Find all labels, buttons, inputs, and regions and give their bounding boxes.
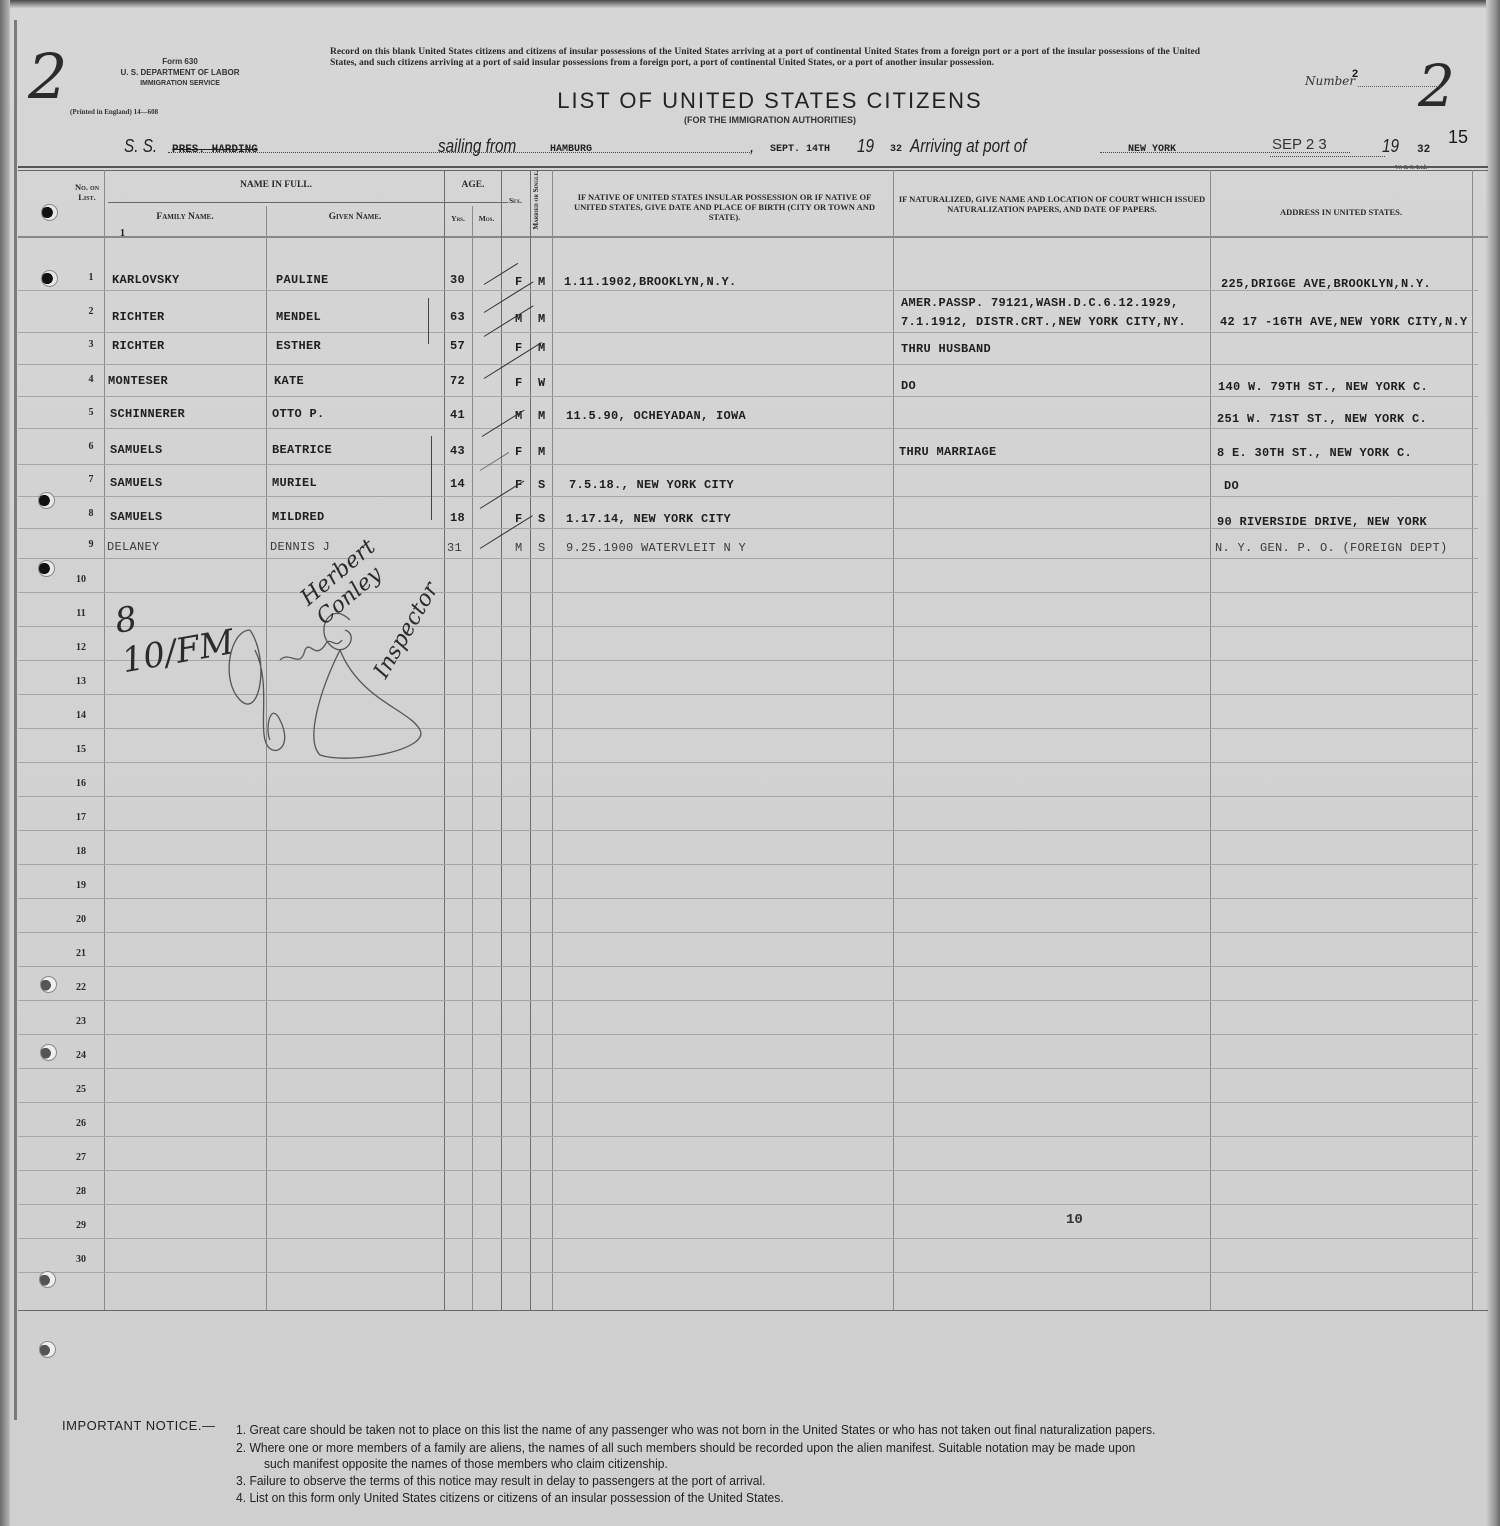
col-divider [1472,170,1473,1310]
inspector-signature: Herbert Conley Inspector [210,590,470,760]
list-number: 2 [1352,68,1358,80]
col-header-given-name: Given Name. [266,212,444,222]
check-mark [484,342,542,379]
row-number: 6 [76,441,106,452]
row-rule [18,1170,1478,1171]
scan-left-edge [0,0,10,1526]
col-header-yrs: Yrs. [444,214,472,224]
address: 8 E. 30TH ST., NEW YORK C. [1217,446,1412,460]
arrival-year: 32 [1417,144,1430,156]
header-rule-2 [18,170,1488,171]
scan-right-edge [1486,0,1500,1526]
row-number: 21 [66,948,96,959]
marital-status: M [538,409,546,423]
marital-status: M [538,445,546,459]
departure-date: SEPT. 14TH [770,144,830,155]
sex: F [515,445,523,459]
punch-hole [39,1271,56,1288]
address: 90 RIVERSIDE DRIVE, NEW YORK [1217,515,1427,529]
row-number: 16 [66,778,96,789]
row-rule [18,966,1478,967]
punch-hole [41,270,58,287]
arriving-label: Arriving at port of [910,136,1027,157]
row-number: 27 [66,1152,96,1163]
row-number: 29 [66,1220,96,1231]
service-name: IMMIGRATION SERVICE [70,78,290,89]
given-name: BEATRICE [272,443,332,457]
row-rule [18,1000,1478,1001]
family-name: SAMUELS [110,510,163,524]
col-divider [1210,170,1211,1310]
family-name: SCHINNERER [110,407,185,421]
family-name: SAMUELS [110,476,163,490]
address: 225,DRIGGE AVE,BROOKLYN,N.Y. [1221,277,1431,291]
given-name: MURIEL [272,476,317,490]
row-rule [18,332,1478,333]
naturalization-info: DO [901,379,916,393]
row-number: 23 [66,1016,96,1027]
row-rule [18,796,1478,797]
row-number: 28 [66,1186,96,1197]
row-number: 7 [76,474,106,485]
marital-status: W [538,376,546,390]
marital-status: M [538,275,546,289]
punch-hole [40,1044,57,1061]
header-rule [18,166,1488,168]
given-name: MILDRED [272,510,325,524]
comma-separator: , [750,136,754,157]
given-name: MENDEL [276,310,321,324]
family-name: SAMUELS [110,443,163,457]
col-header-married-or-single: Married or Single. [532,170,552,230]
row-number: 26 [66,1118,96,1129]
department-name: U. S. DEPARTMENT OF LABOR [70,67,290,78]
check-mark [482,410,525,437]
row-number: 11 [66,608,96,619]
arrival-year-prefix: 19 [1382,136,1399,157]
naturalization-info: AMER.PASSP. 79121,WASH.D.C.6.12.1929, [901,296,1179,310]
given-name: KATE [274,374,304,388]
birth-info: 1.11.1902,BROOKLYN,N.Y. [564,275,737,289]
col-header-no-on-list: No. on List. [70,182,104,202]
col-divider [893,170,894,1310]
family-name: RICHTER [112,339,165,353]
notice-item-3: 3. Failure to observe the terms of this … [236,1473,766,1488]
address: DO [1224,479,1239,493]
form-instructions: Record on this blank United States citiz… [330,47,1200,69]
naturalization-info-2: 7.1.1912, DISTR.CRT.,NEW YORK CITY,NY. [901,315,1186,329]
row-rule [18,830,1478,831]
given-name: ESTHER [276,339,321,353]
marital-status: M [538,312,546,326]
age-years: 72 [450,374,465,388]
row-rule [18,364,1478,365]
age-group-rule [444,202,506,203]
given-name: PAULINE [276,273,329,287]
naturalization-info: THRU MARRIAGE [899,445,997,459]
punch-hole [39,1341,56,1358]
row-number: 15 [66,744,96,755]
row-number: 12 [66,642,96,653]
page-number: 15 [1448,127,1468,148]
ship-name: PRES. HARDING [172,144,258,156]
address: N. Y. GEN. P. O. (FOREIGN DEPT) [1215,541,1448,555]
row-number: 20 [66,914,96,925]
check-mark [480,515,533,549]
birth-info: 11.5.90, OCHEYADAN, IOWA [566,409,746,423]
row-number: 17 [66,812,96,823]
col-header-family-name: Family Name. [104,212,266,222]
row-rule [18,464,1478,465]
row-number: 5 [76,407,106,418]
arrival-date-line [1270,142,1385,157]
col-header-mos: Mos. [472,214,501,224]
check-mark [480,452,509,471]
row-number: 8 [76,508,106,519]
year-prefix: 19 [857,136,874,157]
row-number: 14 [66,710,96,721]
row-rule [18,1034,1478,1035]
punch-hole [38,492,55,509]
notice-item-1: 1. Great care should be taken not to pla… [236,1422,1155,1437]
col-divider [530,170,531,1310]
age-years: 14 [450,477,465,491]
row-number: 19 [66,880,96,891]
check-mark [480,481,525,509]
notice-heading: IMPORTANT NOTICE.— [62,1418,215,1433]
row-rule [18,898,1478,899]
notice-item-2-cont: such manifest opposite the names of thos… [264,1456,668,1471]
given-name: DENNIS J [270,540,330,554]
age-years: 30 [450,273,465,287]
column-header-bottom-rule [18,236,1488,238]
form-identification: Form 630 U. S. DEPARTMENT OF LABOR IMMIG… [70,56,290,89]
row-number: 25 [66,1084,96,1095]
departure-year: 32 [890,144,902,155]
sex: F [515,376,523,390]
row-rule [18,1238,1478,1239]
departure-port: HAMBURG [550,144,592,155]
notice-item-4: 4. List on this form only United States … [236,1490,784,1505]
row-number: 22 [66,982,96,993]
col-header-age: AGE. [444,180,502,190]
col-divider [472,206,473,1310]
row-rule [18,932,1478,933]
family-name: MONTESER [108,374,168,388]
address: 42 17 -16TH AVE,NEW YORK CITY,N.Y [1220,315,1468,329]
number-label: Number [1305,74,1355,88]
row-number: 9 [76,539,106,550]
row-number: 30 [66,1254,96,1265]
row-number: 13 [66,676,96,687]
row-number: 2 [76,306,106,317]
row-rule [18,864,1478,865]
given-name: OTTO P. [272,407,325,421]
row-rule [18,1272,1478,1273]
sex: M [515,541,523,555]
col-header-birth: IF NATIVE OF UNITED STATES INSULAR POSSE… [562,192,887,222]
handwritten-sheet-number-left: 2 [28,40,67,113]
sex: F [515,341,523,355]
punch-hole [38,560,55,577]
col-header-sex: Sex. [501,196,530,206]
marital-status: S [538,512,546,526]
address: 140 W. 79TH ST., NEW YORK C. [1218,380,1428,394]
punch-hole [40,976,57,993]
row-rule [18,1204,1478,1205]
ss-label: S. S. [124,136,157,157]
row-rule [18,558,1478,559]
col-divider [501,170,502,1310]
age-years: 41 [450,408,465,422]
row-rule [18,496,1478,497]
age-years: 63 [450,310,465,324]
sheet-index: 1 [120,228,125,239]
voyage-details: S. S. PRES. HARDING sailing from HAMBURG… [120,138,1440,164]
sex: F [515,275,523,289]
scan-top-edge [0,0,1500,8]
col-header-address: ADDRESS IN UNITED STATES. [1212,207,1470,217]
row-number: 4 [76,374,106,385]
col-divider [552,170,553,1310]
age-years: 31 [447,541,462,555]
number-dotted-line [1358,86,1443,87]
col-header-name-in-full: NAME IN FULL. [108,180,444,190]
row-number: 24 [66,1050,96,1061]
marital-status: S [538,478,546,492]
age-years: 18 [450,511,465,525]
row-number: 3 [76,339,106,350]
row-rule [18,1068,1478,1069]
table-bottom-rule [18,1310,1488,1311]
row-rule [18,396,1478,397]
row-rule [18,1136,1478,1137]
row-number: 18 [66,846,96,857]
age-years: 43 [450,444,465,458]
family-name: KARLOVSKY [112,273,180,287]
arrival-port: NEW YORK [1128,144,1176,155]
birth-info: 7.5.18., NEW YORK CITY [569,478,734,492]
age-years: 57 [450,339,465,353]
family-name: DELANEY [107,540,160,554]
naturalization-info: THRU HUSBAND [901,342,991,356]
birth-info: 9.25.1900 WATERVLEIT N Y [566,541,746,555]
birth-info: 1.17.14, NEW YORK CITY [566,512,731,526]
printed-note: (Printed in England) 14—608 [70,108,158,116]
binding-rule [14,20,17,1420]
family-bracket [428,298,429,344]
row-number: 1 [76,272,106,283]
sailing-from-label: sailing from [438,136,516,157]
page-subtitle: (FOR THE IMMIGRATION AUTHORITIES) [420,115,1120,125]
form-number: Form 630 [70,56,290,67]
address: 251 W. 71ST ST., NEW YORK C. [1217,412,1427,426]
row-rule [18,1102,1478,1103]
col-header-naturalization: IF NATURALIZED, GIVE NAME AND LOCATION O… [898,194,1206,214]
notice-item-2: 2. Where one or more members of a family… [236,1440,1135,1455]
stamp-count: 10 [1066,1212,1083,1228]
marital-status: S [538,541,546,555]
row-rule [18,762,1478,763]
punch-hole [41,204,58,221]
family-name: RICHTER [112,310,165,324]
row-rule [18,428,1478,429]
manifest-page: 2 2 Form 630 U. S. DEPARTMENT OF LABOR I… [0,0,1500,1526]
row-number: 10 [66,574,96,585]
page-title: LIST OF UNITED STATES CITIZENS [420,88,1120,114]
